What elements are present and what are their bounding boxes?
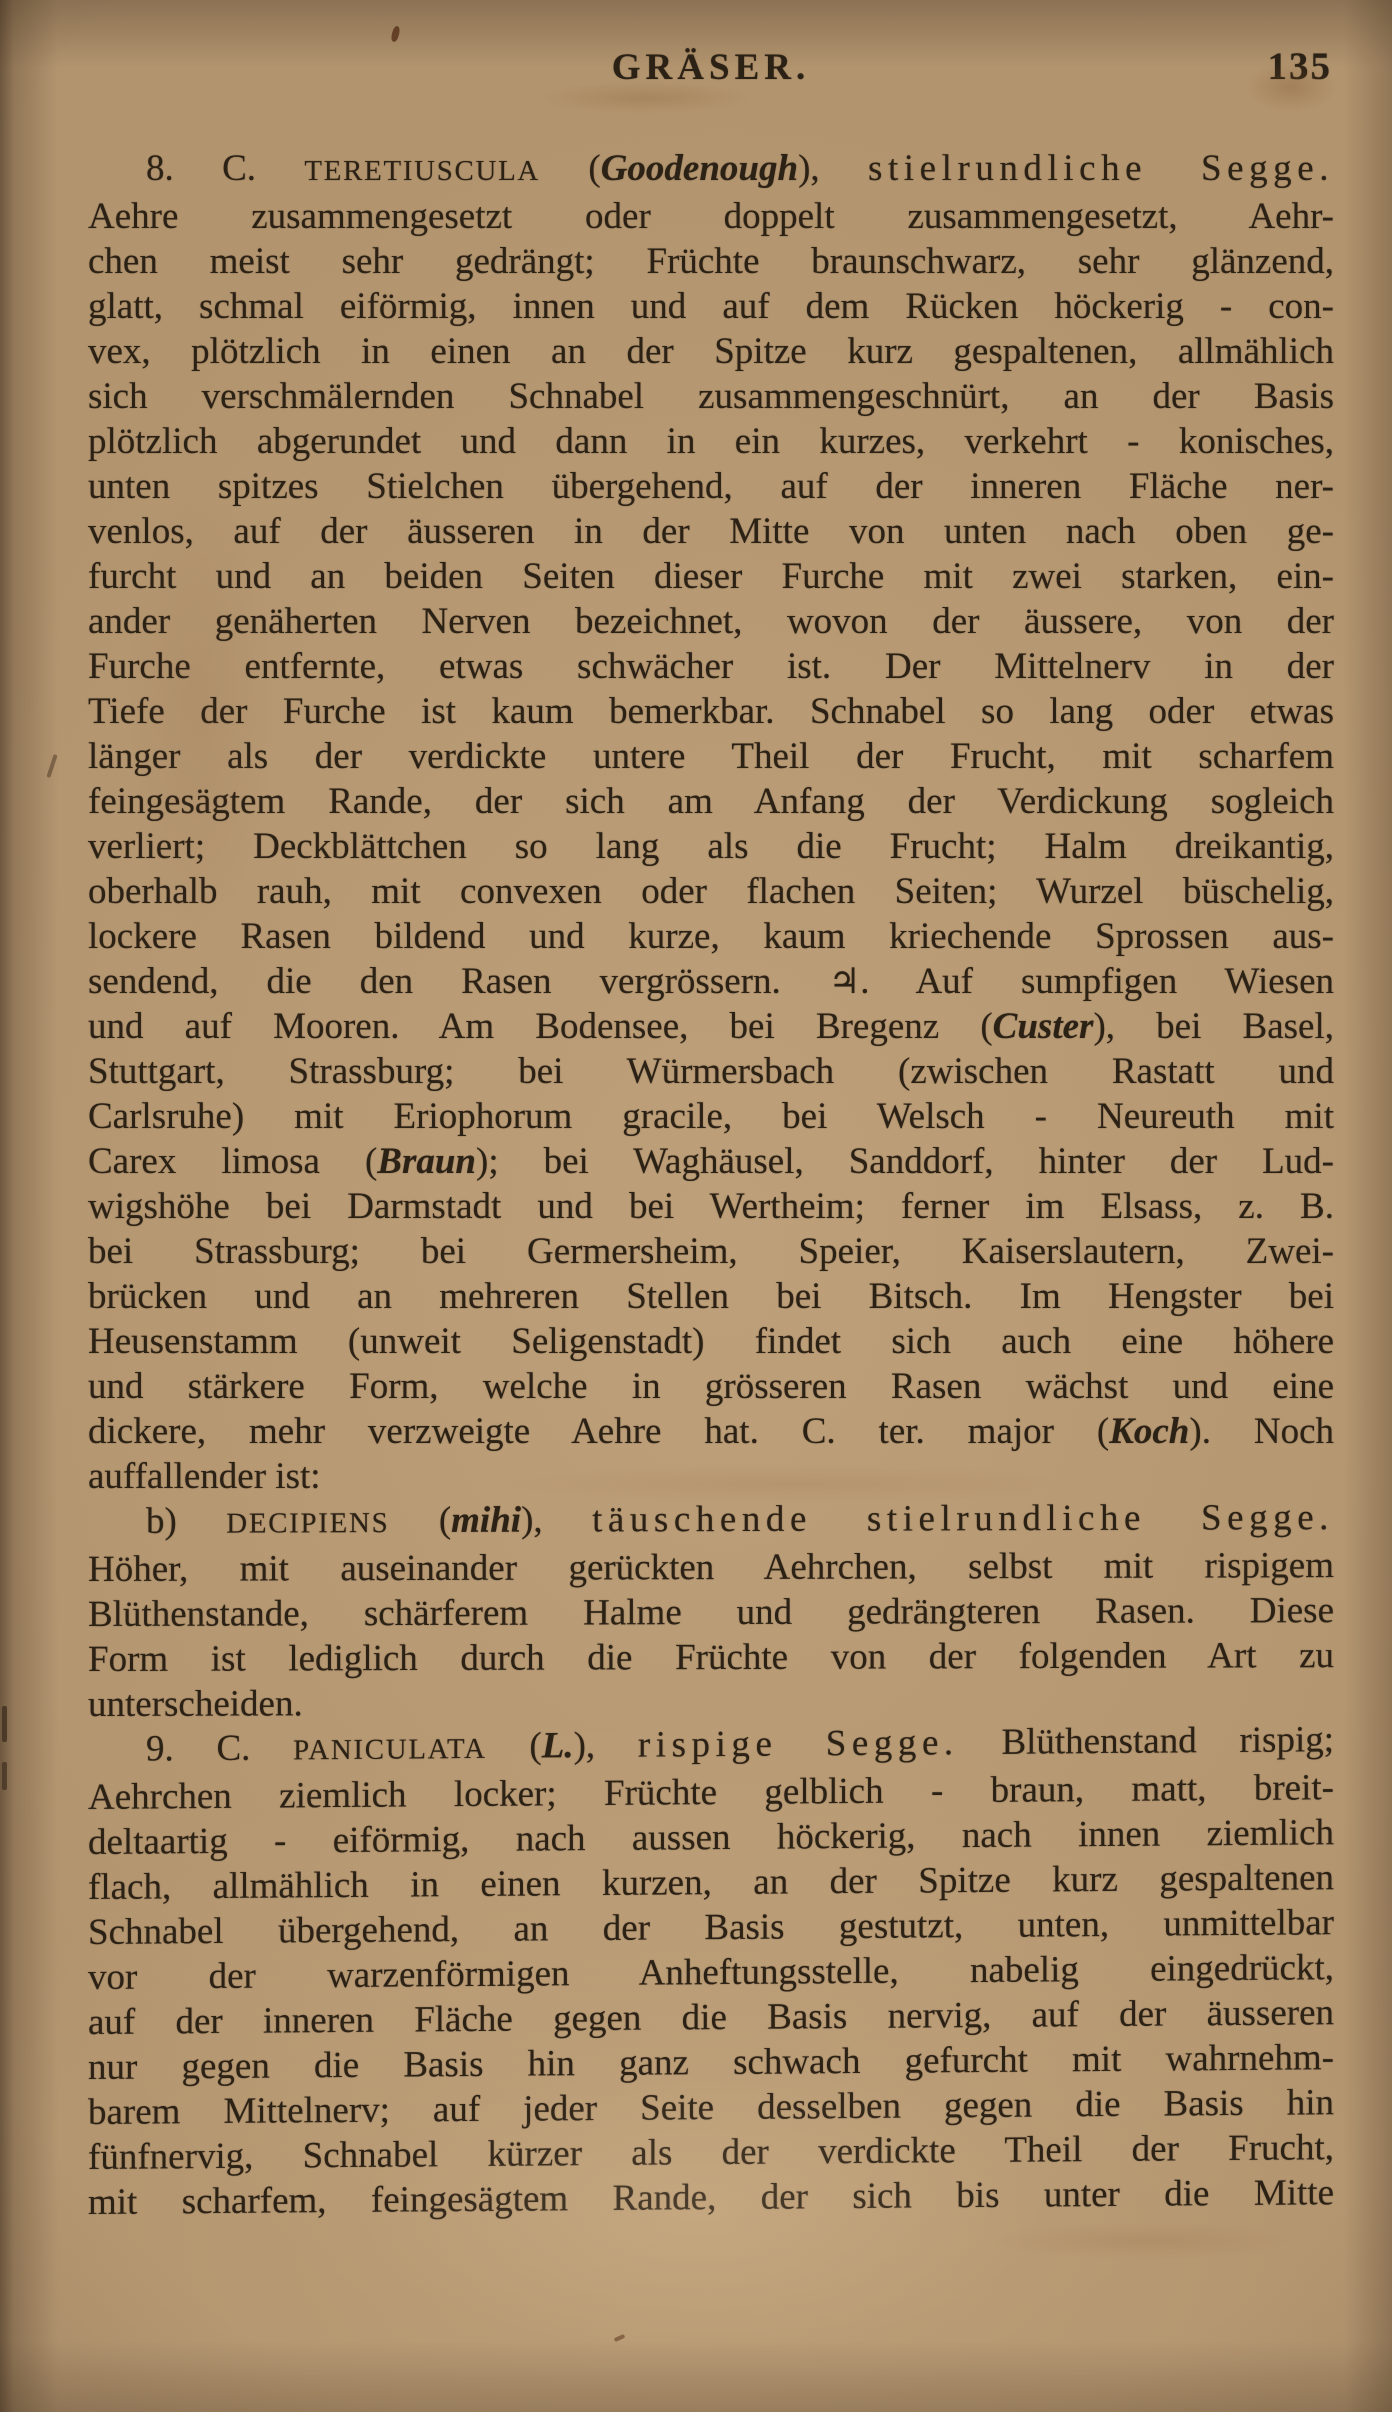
text-line: Carex limosa (Braun); bei Waghäusel, San… [88, 1139, 1334, 1184]
text-line: oberhalb rauh, mit convexen oder flachen… [88, 869, 1334, 914]
body-text: länger als der verdickte untere Theil de… [88, 736, 1334, 777]
text-line: lockere Rasen bildend und kurze, kaum kr… [88, 914, 1334, 959]
text-line: Form ist lediglich durch die Früchte von… [88, 1633, 1334, 1682]
body-text: plötzlich abgerundet und dann in ein kur… [88, 421, 1334, 462]
body-text: Höher, mit auseinander gerückten Aehrche… [88, 1545, 1334, 1590]
body-text: Carex limosa ( [88, 1141, 377, 1182]
text-line: länger als der verdickte untere Theil de… [88, 734, 1334, 779]
body-text: ), bei Basel, [1093, 1006, 1334, 1047]
text-line: sendend, die den Rasen vergrössern. ♃. A… [88, 959, 1334, 1004]
body-text: lockere Rasen bildend und kurze, kaum kr… [88, 916, 1334, 957]
body-text: Form ist lediglich durch die Früchte von… [88, 1635, 1334, 1680]
text-line: verliert; Deckblättchen so lang als die … [88, 824, 1334, 869]
body-text: ( [540, 148, 601, 189]
body-text: flach, allmählich in einen kurzen, an de… [88, 1857, 1334, 1908]
body-text: Stuttgart, Strassburg; bei Würmersbach (… [88, 1051, 1334, 1092]
body-text: und auf Mooren. Am Bodensee, bei Bregenz… [88, 1006, 993, 1047]
text-line: Aehre zusammengesetzt oder doppelt zusam… [88, 194, 1334, 239]
text-line: Heusenstamm (unweit Seligenstadt) findet… [88, 1319, 1334, 1364]
text-line: 8. C. TERETIUSCULA (Goodenough), stielru… [88, 146, 1334, 194]
author-citation: mihi [451, 1500, 521, 1541]
body-text: bei Strassburg; bei Germersheim, Speier,… [88, 1231, 1334, 1272]
author-citation: L. [542, 1725, 574, 1766]
body-text: venlos, auf der äusseren in der Mitte vo… [88, 511, 1334, 552]
text-line: und stärkere Form, welche in grösseren R… [88, 1364, 1334, 1409]
text-line: b) DECIPIENS (mihi), täuschende stielrun… [88, 1495, 1334, 1547]
body-text: ), [574, 1725, 638, 1767]
paragraph: 9. C. PANICULATA (L.), rispige Segge. Bl… [88, 1717, 1334, 2225]
running-title: GRÄSER. [88, 46, 1334, 89]
author-citation: Custer [993, 1006, 1094, 1047]
body-text: Blüthenstande, schärferem Halme und gedr… [88, 1590, 1334, 1635]
paper-speck [46, 754, 57, 778]
text-line: Tiefe der Furche ist kaum bemerkbar. Sch… [88, 689, 1334, 734]
body-text: dickere, mehr verzweigte Aehre hat. C. t… [88, 1411, 1109, 1452]
body-text: deltaartig - eiförmig, nach aussen höcke… [88, 1812, 1334, 1863]
text-line: dickere, mehr verzweigte Aehre hat. C. t… [88, 1409, 1334, 1454]
text-line: venlos, auf der äusseren in der Mitte vo… [88, 509, 1334, 554]
text-line: wigshöhe bei Darmstadt und bei Wertheim;… [88, 1184, 1334, 1229]
text-line: plötzlich abgerundet und dann in ein kur… [88, 419, 1334, 464]
spaced-emphasis: rispige Segge. [638, 1722, 959, 1766]
text-line: Höher, mit auseinander gerückten Aehrche… [88, 1543, 1334, 1592]
body-text: unten spitzes Stielchen übergehend, auf … [88, 466, 1334, 507]
text-line: und auf Mooren. Am Bodensee, bei Bregenz… [88, 1004, 1334, 1049]
body-text: Aehrchen ziemlich locker; Früchte gelbli… [88, 1767, 1334, 1818]
text-line: vex, plötzlich in einen an der Spitze ku… [88, 329, 1334, 374]
body-text: Carlsruhe) mit Eriophorum gracile, bei W… [88, 1096, 1334, 1137]
body-text: Heusenstamm (unweit Seligenstadt) findet… [88, 1321, 1334, 1362]
text-line: Furche entfernte, etwas schwächer ist. D… [88, 644, 1334, 689]
body-text: Blüthenstand rispig; [959, 1719, 1334, 1763]
body-text: chen meist sehr gedrängt; Früchte brauns… [88, 241, 1334, 282]
text-line: brücken und an mehreren Stellen bei Bits… [88, 1274, 1334, 1319]
species-name: DECIPIENS [226, 1507, 389, 1540]
body-text: auffallender ist: [88, 1456, 321, 1497]
body-text: wigshöhe bei Darmstadt und bei Wertheim;… [88, 1186, 1334, 1227]
author-citation: Braun [377, 1141, 476, 1182]
spaced-emphasis: stielrundliche Segge. [868, 148, 1334, 189]
book-page: GRÄSER. 135 8. C. TERETIUSCULA (Goodenou… [0, 0, 1392, 2412]
text-line: glatt, schmal eiförmig, innen und auf de… [88, 284, 1334, 329]
body-text: feingesägtem Rande, der sich am Anfang d… [88, 781, 1334, 822]
body-text: ( [389, 1500, 451, 1541]
body-text: vor der warzenförmigen Anheftungsstelle,… [88, 1947, 1334, 1998]
body-text: ). Noch [1189, 1411, 1334, 1452]
text-line: Carlsruhe) mit Eriophorum gracile, bei W… [88, 1094, 1334, 1139]
body-text: barem Mittelnerv; auf jeder Seite dessel… [88, 2082, 1334, 2133]
body-text: sendend, die den Rasen vergrössern. [88, 961, 829, 1002]
body-text: auf der inneren Fläche gegen die Basis n… [88, 1992, 1334, 2043]
text-line: bei Strassburg; bei Germersheim, Speier,… [88, 1229, 1334, 1274]
paragraph: b) DECIPIENS (mihi), täuschende stielrun… [88, 1495, 1334, 1727]
body-text: ); bei Waghäusel, Sanddorf, hinter der L… [476, 1141, 1334, 1182]
spaced-emphasis: täuschende stielrundliche Segge. [592, 1497, 1334, 1540]
paragraph: 8. C. TERETIUSCULA (Goodenough), stielru… [88, 146, 1334, 1499]
body-text: ander genäherten Nerven bezeichnet, wovo… [88, 601, 1334, 642]
body-text: 9. C. [146, 1727, 293, 1769]
body-text: fünfnervig, Schnabel kürzer als der verd… [88, 2127, 1334, 2178]
author-citation: Goodenough [601, 148, 798, 189]
body-text: Aehre zusammengesetzt oder doppelt zusam… [88, 196, 1334, 237]
margin-mark [2, 1762, 7, 1790]
paper-speck [614, 2334, 626, 2342]
body-text: brücken und an mehreren Stellen bei Bits… [88, 1276, 1334, 1317]
body-text: ( [487, 1725, 542, 1766]
species-name: PANICULATA [293, 1733, 487, 1767]
text-line: ander genäherten Nerven bezeichnet, wovo… [88, 599, 1334, 644]
text-line: sich verschmälernden Schnabel zusammenge… [88, 374, 1334, 419]
body-text: oberhalb rauh, mit convexen oder flachen… [88, 871, 1334, 912]
body-text: ), [798, 148, 868, 189]
body-text: und stärkere Form, welche in grösseren R… [88, 1366, 1334, 1407]
text-line: unten spitzes Stielchen übergehend, auf … [88, 464, 1334, 509]
body-text: unterscheiden. [88, 1683, 303, 1725]
body-text: ), [521, 1499, 592, 1540]
body-text: verliert; Deckblättchen so lang als die … [88, 826, 1334, 867]
text-line: chen meist sehr gedrängt; Früchte brauns… [88, 239, 1334, 284]
body-text: mit scharfem, feingesägtem Rande, der si… [88, 2172, 1334, 2223]
paper-speck [390, 25, 401, 42]
text-line: feingesägtem Rande, der sich am Anfang d… [88, 779, 1334, 824]
body-text: nur gegen die Basis hin ganz schwach gef… [88, 2037, 1334, 2088]
body-text: Furche entfernte, etwas schwächer ist. D… [88, 646, 1334, 687]
page-header: GRÄSER. 135 [88, 46, 1334, 98]
body-text: Schnabel übergehend, an der Basis gestut… [88, 1902, 1334, 1953]
body-text: 8. C. [146, 148, 304, 189]
page-number: 135 [1268, 44, 1333, 89]
body-text: . Auf sumpfigen Wiesen [860, 961, 1334, 1002]
text-line: Stuttgart, Strassburg; bei Würmersbach (… [88, 1049, 1334, 1094]
body-text: b) [146, 1501, 226, 1542]
body-text: Tiefe der Furche ist kaum bemerkbar. Sch… [88, 691, 1334, 732]
text-line: mit scharfem, feingesägtem Rande, der si… [88, 2170, 1334, 2225]
body-text: sich verschmälernden Schnabel zusammenge… [88, 376, 1334, 417]
body-text: furcht und an beiden Seiten dieser Furch… [88, 556, 1334, 597]
author-citation: Koch [1109, 1411, 1189, 1452]
text-line: furcht und an beiden Seiten dieser Furch… [88, 554, 1334, 599]
body-text: vex, plötzlich in einen an der Spitze ku… [88, 331, 1334, 372]
text-line: Blüthenstande, schärferem Halme und gedr… [88, 1588, 1334, 1637]
species-name: TERETIUSCULA [304, 155, 540, 187]
text-body: 8. C. TERETIUSCULA (Goodenough), stielru… [88, 146, 1334, 2225]
perennial-symbol: ♃ [829, 961, 861, 1002]
text-line: auffallender ist: [88, 1454, 1334, 1499]
margin-mark [2, 1706, 7, 1742]
body-text: glatt, schmal eiförmig, innen und auf de… [88, 286, 1334, 327]
